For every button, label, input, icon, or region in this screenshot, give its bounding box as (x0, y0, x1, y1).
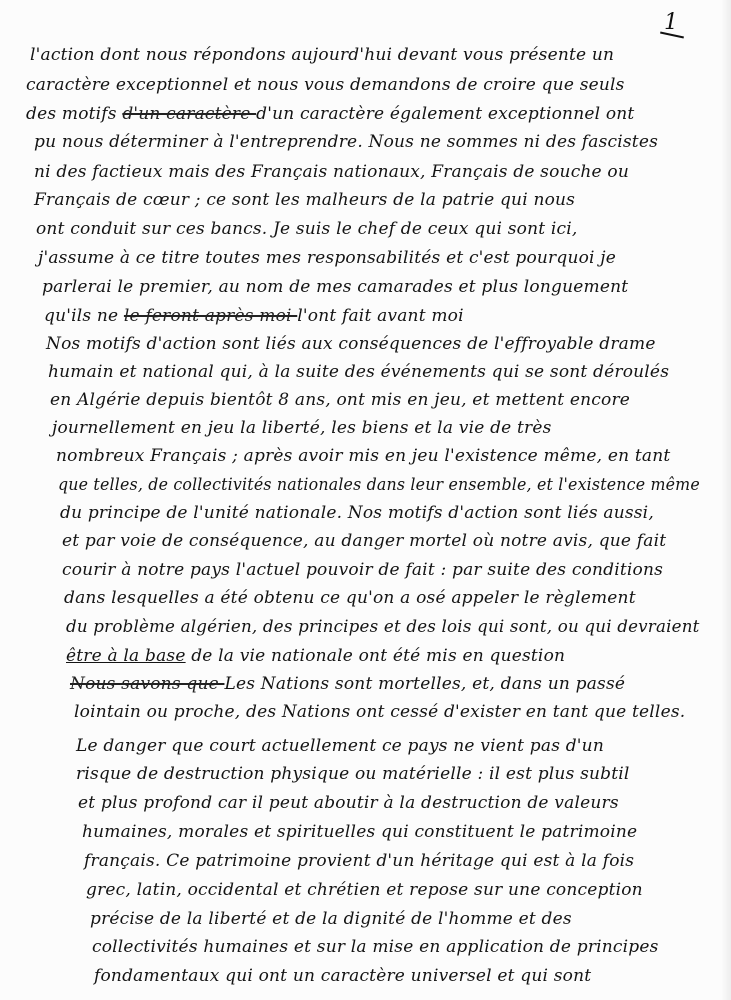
manuscript-line: et par voie de conséquence, au danger mo… (62, 531, 666, 551)
manuscript-line: parlerai le premier, au nom de mes camar… (42, 277, 628, 297)
manuscript-line: dans lesquelles a été obtenu ce qu'on a … (64, 588, 636, 608)
manuscript-line: caractère exceptionnel et nous vous dema… (26, 75, 625, 95)
manuscript-page: 1 l'action dont nous répondons aujourd'h… (0, 0, 731, 1000)
manuscript-line: risque de destruction physique ou matéri… (76, 764, 630, 784)
manuscript-line: nombreux Français ; après avoir mis en j… (56, 446, 670, 466)
manuscript-line: précise de la liberté et de la dignité d… (90, 909, 572, 929)
manuscript-line: pu nous déterminer à l'entreprendre. Nou… (34, 132, 658, 152)
manuscript-line: Français de cœur ; ce sont les malheurs … (34, 190, 575, 210)
struck-text: Nous savons que (70, 674, 224, 694)
manuscript-line: journellement en jeu la liberté, les bie… (52, 418, 552, 438)
manuscript-line: qu'ils ne le feront après moi l'ont fait… (44, 306, 464, 326)
manuscript-line: des motifs d'un caractère d'un caractère… (26, 104, 634, 124)
manuscript-line: en Algérie depuis bientôt 8 ans, ont mis… (50, 390, 630, 410)
manuscript-line: collectivités humaines et sur la mise en… (92, 937, 659, 957)
manuscript-line: ni des factieux mais des Français nation… (34, 162, 629, 182)
struck-text: d'un caractère (122, 104, 256, 124)
manuscript-line: du problème algérien, des principes et d… (66, 617, 700, 637)
manuscript-line: que telles, de collectivités nationales … (58, 475, 700, 495)
page-number: 1 (664, 10, 678, 35)
manuscript-line: Le danger que court actuellement ce pays… (76, 736, 604, 756)
manuscript-line: Nous savons que Les Nations sont mortell… (70, 674, 625, 694)
manuscript-line: courir à notre pays l'actuel pouvoir de … (62, 560, 663, 580)
manuscript-line: humaines, morales et spirituelles qui co… (82, 822, 637, 842)
manuscript-line: l'action dont nous répondons aujourd'hui… (30, 45, 614, 65)
manuscript-line: fondamentaux qui ont un caractère univer… (94, 966, 591, 986)
manuscript-line: du principe de l'unité nationale. Nos mo… (60, 503, 654, 523)
scan-edge (721, 0, 731, 1000)
manuscript-line: humain et national qui, à la suite des é… (48, 362, 669, 382)
manuscript-line: Nos motifs d'action sont liés aux conséq… (46, 334, 656, 354)
manuscript-line: grec, latin, occidental et chrétien et r… (86, 880, 643, 900)
manuscript-line: français. Ce patrimoine provient d'un hé… (84, 851, 634, 871)
manuscript-line: ont conduit sur ces bancs. Je suis le ch… (36, 219, 578, 239)
manuscript-line: être à la base de la vie nationale ont é… (66, 646, 565, 666)
manuscript-line: j'assume à ce titre toutes mes responsab… (38, 248, 616, 268)
manuscript-line: lointain ou proche, des Nations ont cess… (74, 702, 685, 722)
struck-text: le feront après moi (124, 306, 297, 326)
underlined-text: être à la base (66, 646, 186, 666)
manuscript-line: et plus profond car il peut aboutir à la… (78, 793, 619, 813)
